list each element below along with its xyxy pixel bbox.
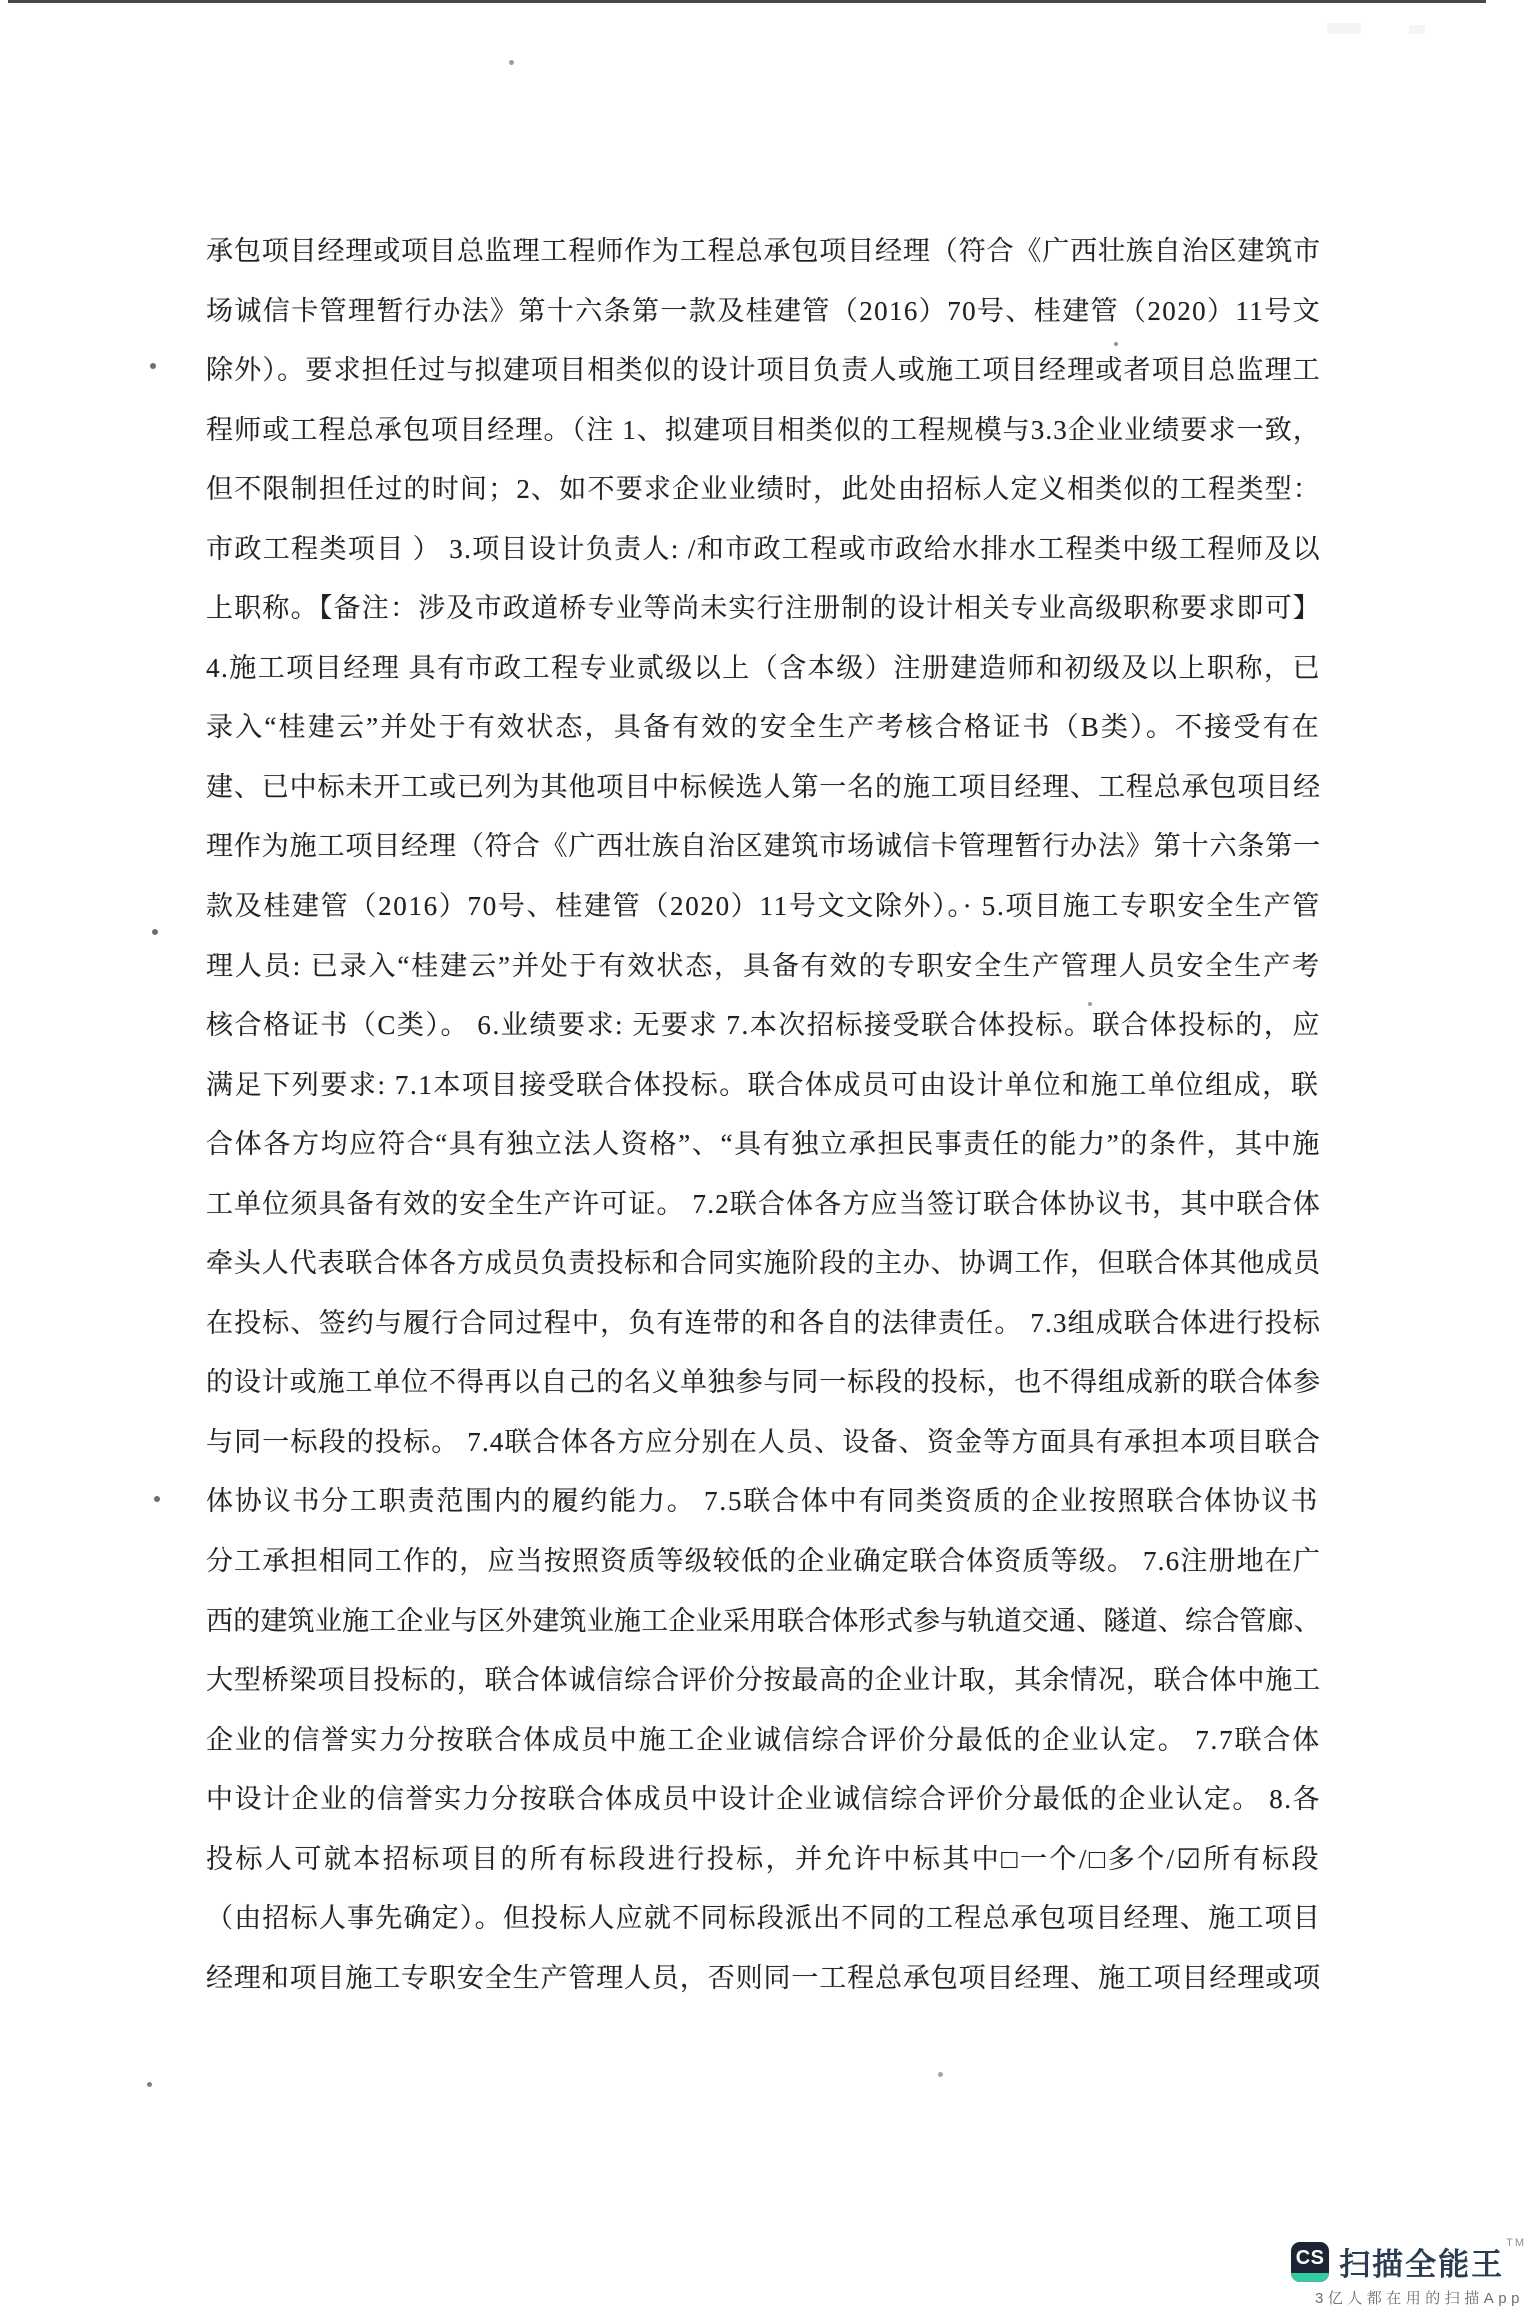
text-line: 合体各方均应符合“具有独立法人资格”、“具有独立承担民事责任的能力”的条件，其中… xyxy=(206,1115,1321,1175)
camscanner-tagline: 3亿人都在用的扫描App xyxy=(1315,2287,1524,2308)
text-line: 企业的信誉实力分按联合体成员中施工企业诚信综合评价分最低的企业认定。 7.7联合… xyxy=(206,1711,1321,1771)
ink-speck xyxy=(150,363,156,369)
text-line: 牵头人代表联合体各方成员负责投标和合同实施阶段的主办、协调工作，但联合体其他成员 xyxy=(206,1234,1321,1294)
camscanner-brand-text: 扫描全能王 xyxy=(1339,2239,1504,2284)
scanned-document-page: 承包项目经理或项目总监理工程师作为工程总承包项目经理（符合《广西壮族自治区建筑市… xyxy=(0,0,1538,2312)
ink-speck xyxy=(509,60,514,65)
text-line: 的设计或施工单位不得再以自己的名义单独参与同一标段的投标，也不得组成新的联合体参 xyxy=(206,1353,1321,1413)
text-line: 市政工程类项目 ） 3.项目设计负责人: /和市政工程或市政给水排水工程类中级工… xyxy=(206,520,1321,580)
ink-speck xyxy=(1088,1002,1092,1006)
camscanner-watermark: CS 扫描全能王 TM 3亿人都在用的扫描App xyxy=(1291,2239,1526,2308)
camscanner-brand: 扫描全能王 TM xyxy=(1339,2239,1526,2284)
text-line: 理作为施工项目经理（符合《广西壮族自治区建筑市场诚信卡管理暂行办法》第十六条第一 xyxy=(206,817,1321,877)
text-line: 场诚信卡管理暂行办法》第十六条第一款及桂建管（2016）70号、桂建管（2020… xyxy=(206,282,1321,342)
text-line: 大型桥梁项目投标的，联合体诚信综合评价分按最高的企业计取，其余情况，联合体中施工 xyxy=(206,1651,1321,1711)
ink-speck xyxy=(154,1496,160,1502)
text-line: 满足下列要求: 7.1本项目接受联合体投标。联合体成员可由设计单位和施工单位组成… xyxy=(206,1056,1321,1116)
text-line: 录入“桂建云”并处于有效状态，具备有效的安全生产考核合格证书（B类）。不接受有在 xyxy=(206,698,1321,758)
text-line: 中设计企业的信誉实力分按联合体成员中设计企业诚信综合评价分最低的企业认定。 8.… xyxy=(206,1770,1321,1830)
text-line: 体协议书分工职责范围内的履约能力。 7.5联合体中有同类资质的企业按照联合体协议… xyxy=(206,1472,1321,1532)
text-line: 在投标、签约与履行合同过程中，负有连带的和各自的法律责任。 7.3组成联合体进行… xyxy=(206,1294,1321,1354)
text-line: 分工承担相同工作的，应当按照资质等级较低的企业确定联合体资质等级。 7.6注册地… xyxy=(206,1532,1321,1592)
ink-speck xyxy=(938,2072,943,2077)
ink-speck xyxy=(1114,342,1118,346)
scan-smudge xyxy=(1409,25,1425,34)
text-line: 投标人可就本招标项目的所有标段进行投标，并允许中标其中□一个/□多个/☑所有标段 xyxy=(206,1830,1321,1890)
text-line: 程师或工程总承包项目经理。（注 1、拟建项目相类似的工程规模与3.3企业业绩要求… xyxy=(206,401,1321,461)
camscanner-logo-row: CS 扫描全能王 TM xyxy=(1291,2239,1526,2284)
document-text: 承包项目经理或项目总监理工程师作为工程总承包项目经理（符合《广西壮族自治区建筑市… xyxy=(206,222,1321,2008)
text-line: （由招标人事先确定）。但投标人应就不同标段派出不同的工程总承包项目经理、施工项目 xyxy=(206,1889,1321,1949)
text-line: 西的建筑业施工企业与区外建筑业施工企业采用联合体形式参与轨道交通、隧道、综合管廊… xyxy=(206,1592,1321,1652)
ink-speck xyxy=(152,929,158,935)
text-line: 建、已中标未开工或已列为其他项目中标候选人第一名的施工项目经理、工程总承包项目经 xyxy=(206,758,1321,818)
text-line: 工单位须具备有效的安全生产许可证。 7.2联合体各方应当签订联合体协议书，其中联… xyxy=(206,1175,1321,1235)
text-line: 但不限制担任过的时间；2、如不要求企业业绩时，此处由招标人定义相类似的工程类型： xyxy=(206,460,1321,520)
camscanner-icon-accent xyxy=(1291,2273,1329,2282)
text-line: 除外）。要求担任过与拟建项目相类似的设计项目负责人或施工项目经理或者项目总监理工 xyxy=(206,341,1321,401)
ink-speck xyxy=(147,2082,152,2087)
text-line: 4.施工项目经理 具有市政工程专业贰级以上（含本级）注册建造师和初级及以上职称，… xyxy=(206,639,1321,699)
text-line: 经理和项目施工专职安全生产管理人员，否则同一工程总承包项目经理、施工项目经理或项 xyxy=(206,1949,1321,2009)
scan-smudge xyxy=(1327,23,1361,34)
text-line: 核合格证书（C类）。 6.业绩要求: 无要求 7.本次招标接受联合体投标。联合体… xyxy=(206,996,1321,1056)
text-line: 承包项目经理或项目总监理工程师作为工程总承包项目经理（符合《广西壮族自治区建筑市 xyxy=(206,222,1321,282)
text-line: 款及桂建管（2016）70号、桂建管（2020）11号文文除外）。· 5.项目施… xyxy=(206,877,1321,937)
text-line: 与同一标段的投标。 7.4联合体各方应分别在人员、设备、资金等方面具有承担本项目… xyxy=(206,1413,1321,1473)
text-line: 理人员: 已录入“桂建云”并处于有效状态，具备有效的专职安全生产管理人员安全生产… xyxy=(206,937,1321,997)
ink-speck xyxy=(1086,1925,1090,1929)
camscanner-icon: CS xyxy=(1291,2242,1329,2282)
scan-edge-artifact xyxy=(8,0,1486,3)
trademark-mark: TM xyxy=(1506,2237,1526,2249)
text-line: 上职称。【备注：涉及市政道桥专业等尚未实行注册制的设计相关专业高级职称要求即可】 xyxy=(206,579,1321,639)
